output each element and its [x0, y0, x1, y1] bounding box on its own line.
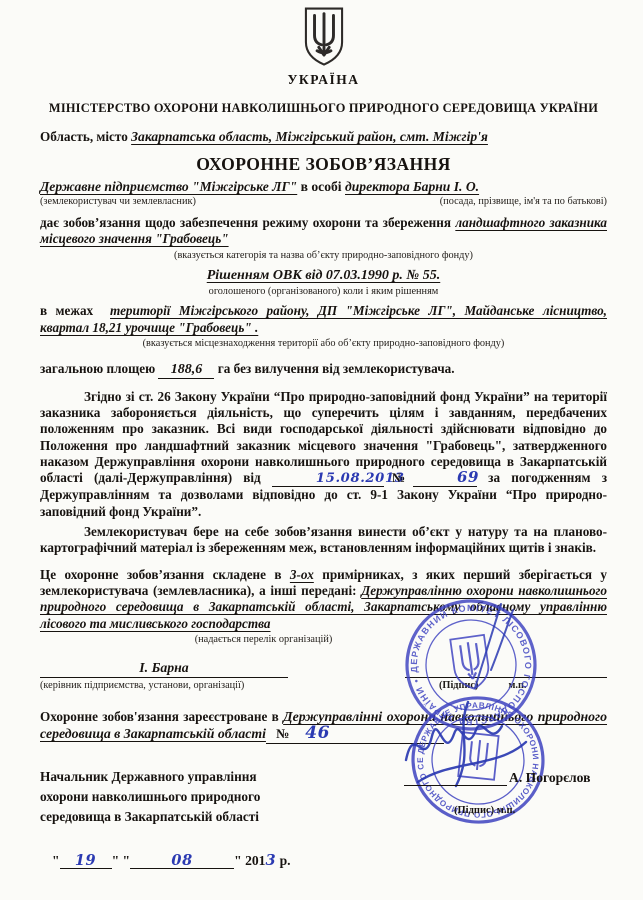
- order-no-blank: 69: [413, 470, 477, 487]
- date-line: "19" "08" 2013 р.: [40, 852, 607, 869]
- order-no-handwritten: 69: [457, 468, 479, 486]
- paragraph-landuser: Землекористувач бере на себе зобов’язанн…: [40, 524, 607, 557]
- document-title: ОХОРОННЕ ЗОБОВ’ЯЗАННЯ: [40, 154, 607, 175]
- paragraph-law: Згідно зі ст. 26 Закону України “Про при…: [40, 389, 607, 520]
- position-note: (посада, прізвище, ім'я та по батькові): [440, 196, 607, 209]
- coat-of-arms-icon: [297, 6, 351, 68]
- bounds-label: в межах: [40, 303, 93, 318]
- obligation-lead: дає зобов’язання щодо забезпечення режим…: [40, 215, 451, 230]
- copies-count: 3-ох: [290, 567, 314, 582]
- order-date-blank: 15.08.2013: [272, 471, 384, 487]
- chief-sign-seal-note: (Підпис) м.п.: [454, 805, 515, 816]
- head-signature-note: (керівник підприємства, установи, органі…: [40, 680, 288, 693]
- year-digit-handwritten: 3: [265, 852, 276, 869]
- decision-value: Рішенням ОВК від 07.03.1990 р. № 55.: [207, 268, 441, 283]
- subject-connector: в особі: [301, 179, 342, 194]
- head-signature-name: І. Барна: [139, 660, 188, 675]
- quote-mark: ": [234, 853, 242, 868]
- month-blank: 08: [130, 853, 234, 869]
- subject-person: директора Барни І. О.: [345, 179, 479, 194]
- category-note: (вказується категорія та назва об’єкту п…: [40, 250, 607, 263]
- ministry-name: МІНІСТЕРСТВО ОХОРОНИ НАВКОЛИШНЬОГО ПРИРО…: [40, 101, 607, 116]
- area-blank: 188,6: [158, 362, 214, 379]
- quote-mark: ": [112, 853, 120, 868]
- area-tail: га без вилучення від землекористувача.: [218, 361, 455, 376]
- year-printed: 201: [245, 853, 265, 868]
- pen-flourish-stamp1: [455, 600, 525, 695]
- chief-name: А. Погорєлов: [509, 770, 590, 786]
- area-line: загальною площею 188,6 га без вилучення …: [40, 361, 607, 379]
- registration-no-handwritten: 46: [305, 723, 330, 743]
- subject-notes: (землекористувач чи землевласник) (посад…: [40, 196, 607, 209]
- bounds-value: території Міжгірського району, ДП "Міжгі…: [40, 303, 607, 334]
- decision-line: Рішенням ОВК від 07.03.1990 р. № 55.: [40, 266, 607, 284]
- location-note: (вказується місцезнаходження території а…: [40, 338, 607, 351]
- chief-signature-line: [404, 785, 507, 786]
- subject-org: Державне підприємство "Міжгірське ЛГ": [40, 179, 297, 194]
- decision-note: оголошеного (організованого) коли і яким…: [40, 286, 607, 299]
- year-suffix: р.: [280, 853, 291, 868]
- registration-no-label: №: [276, 726, 289, 741]
- region-value: Закарпатська область, Міжгірський район,…: [131, 129, 488, 144]
- landuser-note: (землекористувач чи землевласник): [40, 196, 196, 209]
- month-handwritten: 08: [171, 852, 192, 869]
- area-value: 188,6: [171, 362, 203, 377]
- document-page: УКРАЇНА МІНІСТЕРСТВО ОХОРОНИ НАВКОЛИШНЬО…: [0, 0, 643, 900]
- area-lead: загальною площею: [40, 361, 155, 376]
- head-signature-block: І. Барна (керівник підприємства, установ…: [40, 660, 288, 693]
- day-handwritten: 19: [75, 852, 96, 869]
- quote-mark: ": [52, 853, 60, 868]
- registration-lead: Охоронне зобов'язання зареєстроване в: [40, 709, 279, 724]
- region-line: Область, місто Закарпатська область, Між…: [40, 129, 607, 145]
- region-label: Область, місто: [40, 129, 128, 144]
- day-blank: 19: [60, 853, 112, 869]
- country-name: УКРАЇНА: [40, 72, 607, 88]
- order-no-label: №: [384, 470, 413, 485]
- obligation-line: дає зобов’язання щодо забезпечення режим…: [40, 215, 607, 248]
- head-signature-line: І. Барна: [40, 660, 288, 678]
- p3-lead: Це охоронне зобов’язання складене в: [40, 567, 282, 582]
- bounds-line: в межах території Міжгірського району, Д…: [40, 303, 607, 336]
- quote-mark: ": [123, 853, 131, 868]
- subject-line: Державне підприємство "Міжгірське ЛГ" в …: [40, 179, 607, 195]
